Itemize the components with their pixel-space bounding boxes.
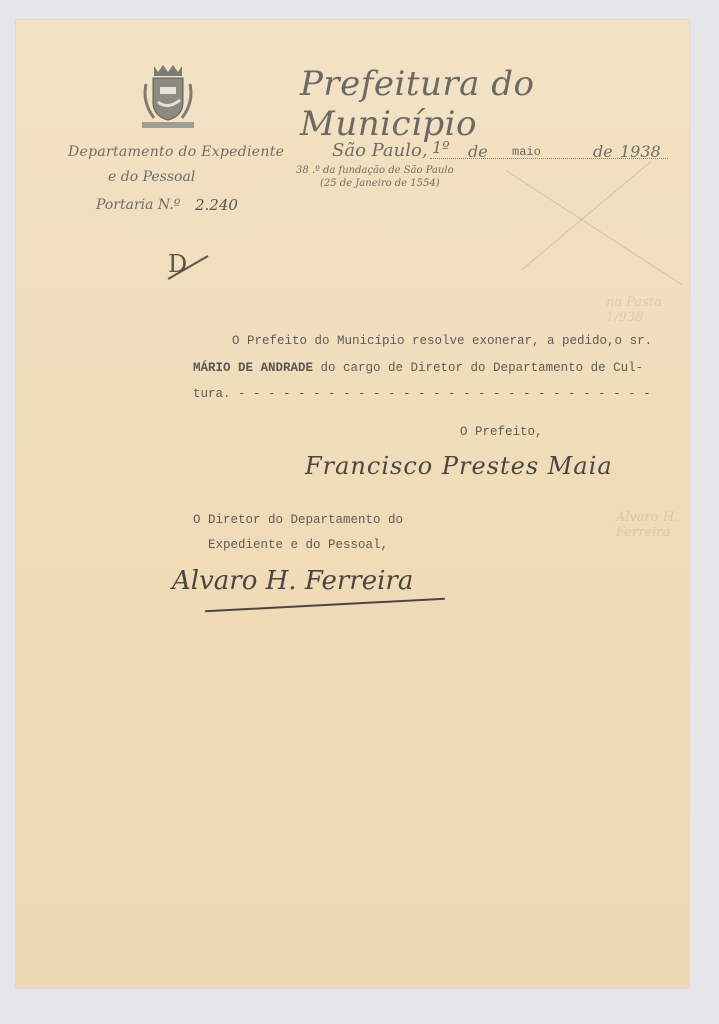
portaria-label: Portaria N.º xyxy=(96,197,180,213)
date-city: São Paulo, xyxy=(332,140,428,161)
body-line-2: MÁRIO DE ANDRADE do cargo de Diretor do … xyxy=(193,361,643,375)
body-line-3: tura. - - - - - - - - - - - - - - - - - … xyxy=(193,387,651,401)
department-line-1: Departamento do Expediente xyxy=(68,144,284,160)
coat-of-arms-icon xyxy=(136,62,200,132)
foundation-line-2: (25 de Janeiro de 1554) xyxy=(320,178,440,189)
director-line-2: Expediente e do Pessoal, xyxy=(208,538,388,552)
director-line-1: O Diretor do Departamento do xyxy=(193,513,403,527)
bleed-through-text: na Pasta 1/938 xyxy=(606,295,689,325)
letterhead-title: Prefeitura do Município xyxy=(300,64,719,144)
date-de: de xyxy=(468,142,488,161)
faint-cross-mark xyxy=(506,170,683,285)
body-line-2-rest: do cargo de Diretor do Departamento de C… xyxy=(313,361,643,375)
director-signature: Alvaro H. Ferreira xyxy=(172,566,413,596)
date-month: maio xyxy=(512,145,541,159)
department-line-2: e do Pessoal xyxy=(108,169,195,185)
faint-cross-mark xyxy=(521,161,652,271)
mayor-signature: Francisco Prestes Maia xyxy=(305,452,613,480)
date-de: de xyxy=(593,142,613,161)
employee-name: MÁRIO DE ANDRADE xyxy=(193,361,313,375)
mayor-title: O Prefeito, xyxy=(460,425,543,439)
foundation-line-1: 38 .º da fundação de São Paulo xyxy=(296,165,454,176)
body-line-1: O Prefeito do Município resolve exonerar… xyxy=(232,334,652,348)
bleed-through-text: Alvaro H. Ferreira xyxy=(616,510,689,540)
portaria-number: 2.240 xyxy=(195,196,238,214)
date-day: 1º xyxy=(432,138,450,157)
date-year: 1938 xyxy=(620,142,661,161)
